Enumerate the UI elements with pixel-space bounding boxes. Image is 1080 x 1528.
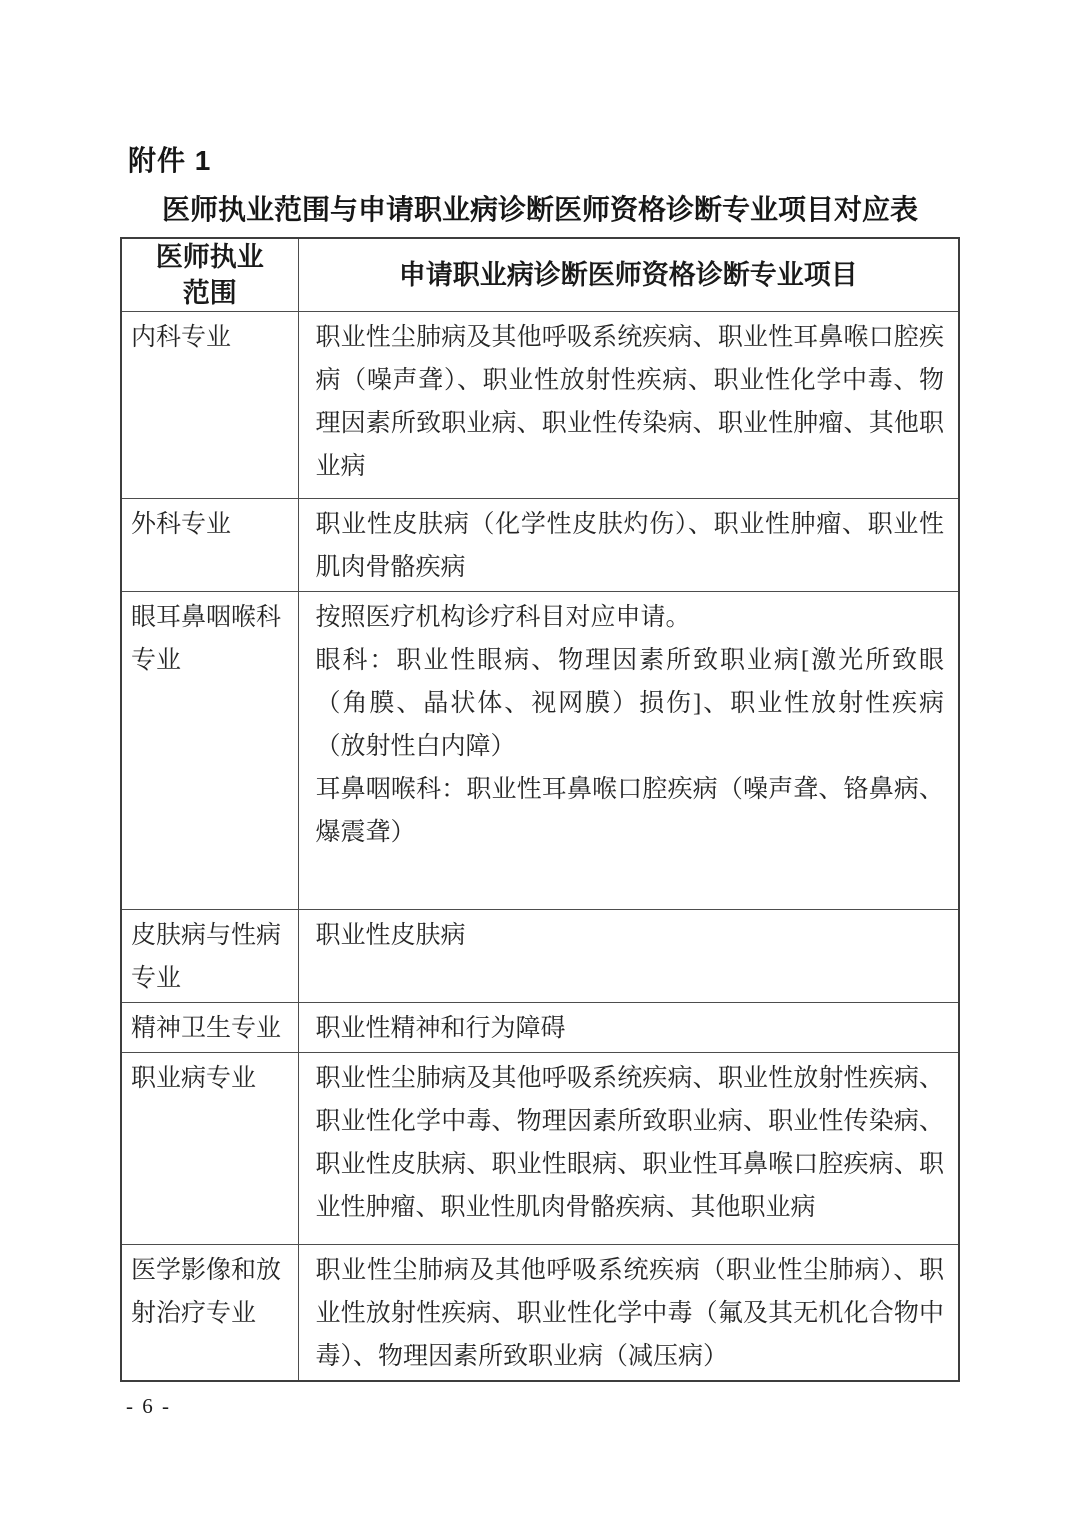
- table-row: 内科专业 职业性尘肺病及其他呼吸系统疾病、职业性耳鼻喉口腔疾病（噪声聋）、职业性…: [121, 312, 959, 499]
- scope-cell: 外科专业: [121, 499, 298, 592]
- page-title: 医师执业范围与申请职业病诊断医师资格诊断专业项目对应表: [0, 188, 1080, 228]
- table-row: 眼耳鼻咽喉科专业 按照医疗机构诊疗科目对应申请。 眼科：职业性眼病、物理因素所致…: [121, 592, 959, 910]
- items-cell: 职业性尘肺病及其他呼吸系统疾病、职业性耳鼻喉口腔疾病（噪声聋）、职业性放射性疾病…: [298, 312, 959, 499]
- document-page: 附件 1 医师执业范围与申请职业病诊断医师资格诊断专业项目对应表 医师执业 范围…: [0, 0, 1080, 1528]
- correspondence-table: 医师执业 范围 申请职业病诊断医师资格诊断专业项目 内科专业 职业性尘肺病及其他…: [120, 237, 960, 1382]
- items-cell: 职业性尘肺病及其他呼吸系统疾病（职业性尘肺病）、职业性放射性疾病、职业性化学中毒…: [298, 1245, 959, 1382]
- attachment-label: 附件 1: [128, 139, 211, 179]
- items-cell: 职业性皮肤病: [298, 910, 959, 1003]
- scope-cell: 皮肤病与性病专业: [121, 910, 298, 1003]
- table-header-row: 医师执业 范围 申请职业病诊断医师资格诊断专业项目: [121, 238, 959, 312]
- items-cell: 按照医疗机构诊疗科目对应申请。 眼科：职业性眼病、物理因素所致职业病[激光所致眼…: [298, 592, 959, 910]
- items-cell: 职业性尘肺病及其他呼吸系统疾病、职业性放射性疾病、职业性化学中毒、物理因素所致职…: [298, 1053, 959, 1245]
- scope-cell: 职业病专业: [121, 1053, 298, 1245]
- items-cell: 职业性精神和行为障碍: [298, 1003, 959, 1053]
- scope-cell: 眼耳鼻咽喉科专业: [121, 592, 298, 910]
- page-number: - 6 -: [126, 1394, 171, 1419]
- column-header-practice-scope: 医师执业 范围: [121, 238, 298, 312]
- column-header-diagnosis-items: 申请职业病诊断医师资格诊断专业项目: [298, 238, 959, 312]
- scope-cell: 精神卫生专业: [121, 1003, 298, 1053]
- items-cell: 职业性皮肤病（化学性皮肤灼伤）、职业性肿瘤、职业性肌肉骨骼疾病: [298, 499, 959, 592]
- table-row: 职业病专业 职业性尘肺病及其他呼吸系统疾病、职业性放射性疾病、职业性化学中毒、物…: [121, 1053, 959, 1245]
- table-row: 外科专业 职业性皮肤病（化学性皮肤灼伤）、职业性肿瘤、职业性肌肉骨骼疾病: [121, 499, 959, 592]
- table-row: 皮肤病与性病专业 职业性皮肤病: [121, 910, 959, 1003]
- scope-cell: 内科专业: [121, 312, 298, 499]
- table-row: 医学影像和放射治疗专业 职业性尘肺病及其他呼吸系统疾病（职业性尘肺病）、职业性放…: [121, 1245, 959, 1382]
- scope-cell: 医学影像和放射治疗专业: [121, 1245, 298, 1382]
- table-row: 精神卫生专业 职业性精神和行为障碍: [121, 1003, 959, 1053]
